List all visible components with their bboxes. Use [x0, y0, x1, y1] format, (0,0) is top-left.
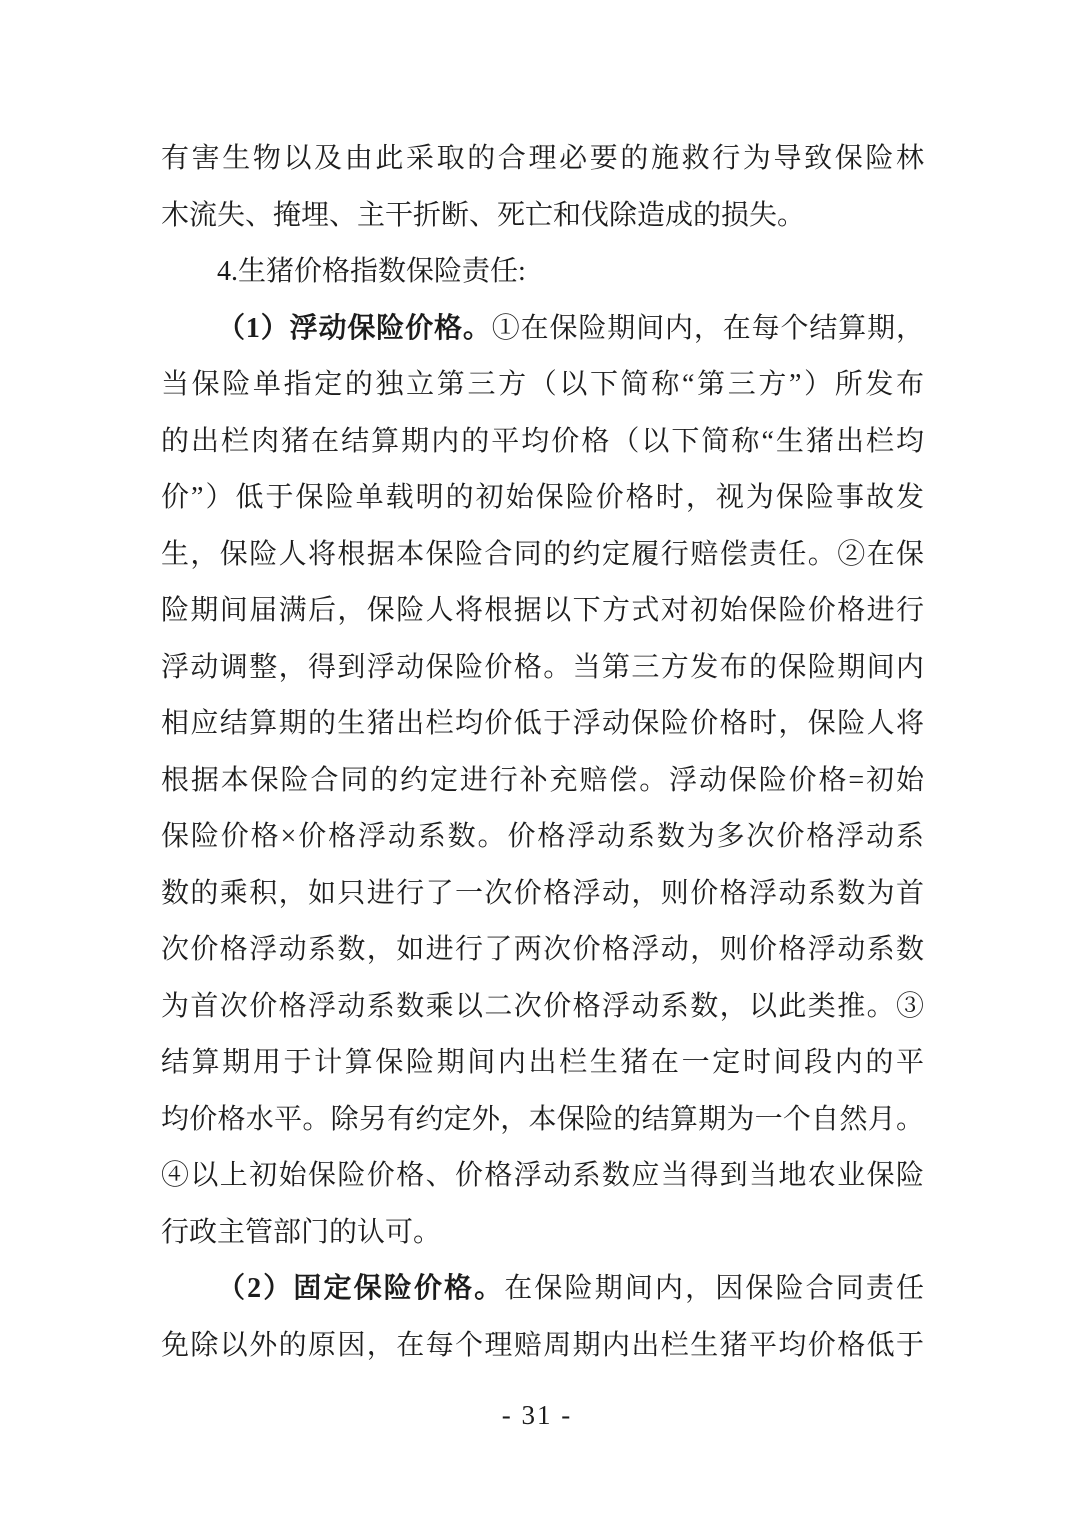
text-run: 险期间届满后，保险人将根据以下方式对初始保险价格进行 — [161, 595, 924, 626]
text-run: 在保险期间内，因保险合同责任 — [504, 1273, 924, 1304]
text-run: 当保险单指定的独立第三方（以下简称“第三方”）所发布 — [161, 369, 924, 400]
text-run: 数的乘积，如只进行了一次价格浮动，则价格浮动系数为首 — [161, 878, 924, 909]
text-run: 均价格水平。除另有约定外，本保险的结算期为一个自然月。 — [161, 1104, 924, 1135]
text-line: 次价格浮动系数，如进行了两次价格浮动，则价格浮动系数 — [161, 922, 924, 979]
text-line: （2）固定保险价格。在保险期间内，因保险合同责任 — [161, 1261, 924, 1318]
document-page: 有害生物以及由此采取的合理必要的施救行为导致保险林木流失、掩埋、主干折断、死亡和… — [0, 0, 1074, 1520]
page-number: - 31 - — [0, 1399, 1074, 1431]
text-run: ①在保险期间内，在每个结算期， — [492, 313, 924, 344]
text-line: 险期间届满后，保险人将根据以下方式对初始保险价格进行 — [161, 583, 924, 640]
text-line: 的出栏肉猪在结算期内的平均价格（以下简称“生猪出栏均 — [161, 414, 924, 471]
text-line: 有害生物以及由此采取的合理必要的施救行为导致保险林 — [161, 131, 924, 188]
text-run: ④以上初始保险价格、价格浮动系数应当得到当地农业保险 — [161, 1160, 924, 1191]
text-run: 的出栏肉猪在结算期内的平均价格（以下简称“生猪出栏均 — [161, 426, 924, 457]
text-line: 生，保险人将根据本保险合同的约定履行赔偿责任。②在保 — [161, 527, 924, 584]
text-line: 行政主管部门的认可。 — [161, 1205, 924, 1262]
text-run: 根据本保险合同的约定进行补充赔偿。浮动保险价格=初始 — [161, 765, 924, 796]
document-body: 有害生物以及由此采取的合理必要的施救行为导致保险林木流失、掩埋、主干折断、死亡和… — [161, 131, 924, 1374]
text-run: 行政主管部门的认可。 — [161, 1217, 441, 1248]
text-run: 木流失、掩埋、主干折断、死亡和伐除造成的损失。 — [161, 200, 805, 231]
text-run: 相应结算期的生猪出栏均价低于浮动保险价格时，保险人将 — [161, 708, 924, 739]
text-run: 4.生猪价格指数保险责任: — [217, 256, 526, 287]
text-run: 次价格浮动系数，如进行了两次价格浮动，则价格浮动系数 — [161, 934, 924, 965]
text-line: ④以上初始保险价格、价格浮动系数应当得到当地农业保险 — [161, 1148, 924, 1205]
text-line: 免除以外的原因，在每个理赔周期内出栏生猪平均价格低于 — [161, 1318, 924, 1375]
text-line: 根据本保险合同的约定进行补充赔偿。浮动保险价格=初始 — [161, 753, 924, 810]
text-line: 为首次价格浮动系数乘以二次价格浮动系数，以此类推。③ — [161, 979, 924, 1036]
text-line: 当保险单指定的独立第三方（以下简称“第三方”）所发布 — [161, 357, 924, 414]
text-line: （1）浮动保险价格。①在保险期间内，在每个结算期， — [161, 301, 924, 358]
bold-text-run: （1）浮动保险价格。 — [217, 313, 492, 344]
text-run: 结算期用于计算保险期间内出栏生猪在一定时间段内的平 — [161, 1047, 924, 1078]
text-line: 价”）低于保险单载明的初始保险价格时，视为保险事故发 — [161, 470, 924, 527]
text-run: 生，保险人将根据本保险合同的约定履行赔偿责任。②在保 — [161, 539, 924, 570]
bold-text-run: （2）固定保险价格。 — [217, 1273, 504, 1304]
text-line: 相应结算期的生猪出栏均价低于浮动保险价格时，保险人将 — [161, 696, 924, 753]
text-line: 均价格水平。除另有约定外，本保险的结算期为一个自然月。 — [161, 1092, 924, 1149]
text-line: 木流失、掩埋、主干折断、死亡和伐除造成的损失。 — [161, 188, 924, 245]
text-run: 价”）低于保险单载明的初始保险价格时，视为保险事故发 — [161, 482, 924, 513]
text-line: 浮动调整，得到浮动保险价格。当第三方发布的保险期间内 — [161, 640, 924, 697]
text-line: 结算期用于计算保险期间内出栏生猪在一定时间段内的平 — [161, 1035, 924, 1092]
text-run: 有害生物以及由此采取的合理必要的施救行为导致保险林 — [161, 143, 924, 174]
text-run: 为首次价格浮动系数乘以二次价格浮动系数，以此类推。③ — [161, 991, 924, 1022]
text-line: 数的乘积，如只进行了一次价格浮动，则价格浮动系数为首 — [161, 866, 924, 923]
text-run: 保险价格×价格浮动系数。价格浮动系数为多次价格浮动系 — [161, 821, 924, 852]
text-line: 保险价格×价格浮动系数。价格浮动系数为多次价格浮动系 — [161, 809, 924, 866]
text-run: 免除以外的原因，在每个理赔周期内出栏生猪平均价格低于 — [161, 1330, 924, 1361]
text-line: 4.生猪价格指数保险责任: — [161, 244, 924, 301]
text-run: 浮动调整，得到浮动保险价格。当第三方发布的保险期间内 — [161, 652, 924, 683]
